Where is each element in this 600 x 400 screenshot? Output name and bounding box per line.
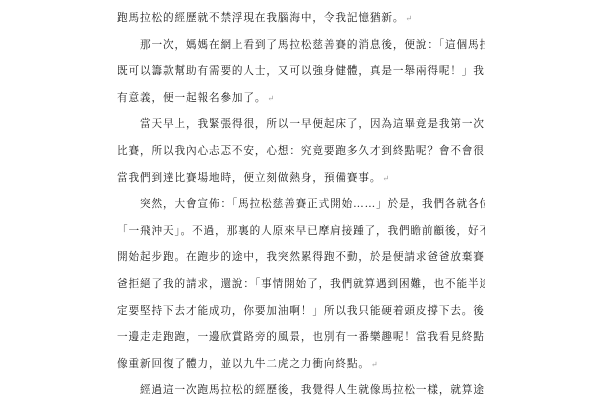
line-text: 像重新回復了體力，並以九牛二虎之力衝向終點。: [117, 358, 370, 370]
text-line-14: 像重新回復了體力，並以九牛二虎之力衝向終點。↵: [117, 351, 485, 378]
text-line-3: 既可以籌款幫助有需要的人士，又可以強身健體，真是一舉兩得呢！」我們都覺得很: [117, 58, 485, 85]
line-text: 當我們到達比賽場地時，便立刻做熱身，預備賽事。: [117, 172, 381, 184]
line-text: 當天早上，我緊張得很，所以一早便起床了，因為這畢竟是我第一次參加馬拉松: [140, 118, 485, 130]
text-line-10: 開始起步跑。在跑步的途中，我突然累得跑不動，於是便請求爸爸放棄賽事，然而爸: [117, 244, 485, 271]
line-text: 比賽，所以我內心忐忑不安，心想：究竟要跑多久才到終點呢？會不會很辛苦呢……: [117, 145, 485, 157]
text-line-4: 有意義，便一起報名參加了。↵: [117, 85, 485, 112]
line-text: 有意義，便一起報名參加了。: [117, 92, 266, 104]
line-text: 開始起步跑。在跑步的途中，我突然累得跑不動，於是便請求爸爸放棄賽事，然而爸: [117, 251, 485, 263]
text-line-15: 經過這一次跑馬拉松的經歷後，我覺得人生就像馬拉松一樣，就算途中遇到甚麼: [117, 377, 485, 400]
paragraph-mark-icon: ↵: [267, 94, 275, 103]
line-text: 爸拒絕了我的請求，還說：「事情開始了，我們就算遇到困難，也不能半途而廢，一: [117, 278, 485, 290]
line-text: 一邊走走跑跑，一邊欣賞路旁的風景，也別有一番樂趣呢！當我看見終點時，我就好: [117, 331, 485, 343]
text-line-13: 一邊走走跑跑，一邊欣賞路旁的風景，也別有一番樂趣呢！當我看見終點時，我就好: [117, 324, 485, 351]
text-line-11: 爸拒絕了我的請求，還說：「事情開始了，我們就算遇到困難，也不能半途而廢，一: [117, 271, 485, 298]
text-line-8: 突然，大會宣佈：「馬拉松慈善賽正式開始……」於是，我們各就各位，準備: [117, 191, 485, 218]
line-text: 跑馬拉松的經歷就不禁浮現在我腦海中，令我記憶猶新。: [117, 12, 404, 24]
line-text: 那一次，媽媽在網上看到了馬拉松慈善賽的消息後，便說：「這個馬拉松慈善賽: [140, 39, 485, 51]
paragraph-mark-icon: ↵: [371, 360, 379, 369]
line-text: 經過這一次跑馬拉松的經歷後，我覺得人生就像馬拉松一樣，就算途中遇到甚麼: [140, 384, 485, 396]
paragraph-mark-icon: ↵: [382, 174, 390, 183]
text-line-2: 那一次，媽媽在網上看到了馬拉松慈善賽的消息後，便說：「這個馬拉松慈善賽: [117, 32, 485, 59]
text-line-12: 定要堅持下去才能成功，你要加油啊！」所以我只能硬着頭皮撐下去。後來，我發現: [117, 298, 485, 325]
line-text: 定要堅持下去才能成功，你要加油啊！」所以我只能硬着頭皮撐下去。後來，我發現: [117, 305, 485, 317]
text-line-1: 跑馬拉松的經歷就不禁浮現在我腦海中，令我記憶猶新。↵: [117, 5, 485, 32]
text-line-7: 當我們到達比賽場地時，便立刻做熱身，預備賽事。↵: [117, 165, 485, 192]
text-line-9: 「一飛沖天」。不過，那裏的人原來早已摩肩接踵了，我們瞻前顧後，好不容易才能: [117, 218, 485, 245]
document-page: 跑馬拉松的經歷就不禁浮現在我腦海中，令我記憶猶新。↵ 那一次，媽媽在網上看到了馬…: [117, 5, 485, 400]
text-line-6: 比賽，所以我內心忐忑不安，心想：究竟要跑多久才到終點呢？會不會很辛苦呢……: [117, 138, 485, 165]
line-text: 既可以籌款幫助有需要的人士，又可以強身健體，真是一舉兩得呢！」我們都覺得很: [117, 65, 485, 77]
line-text: 「一飛沖天」。不過，那裏的人原來早已摩肩接踵了，我們瞻前顧後，好不容易才能: [117, 225, 485, 237]
text-line-5: 當天早上，我緊張得很，所以一早便起床了，因為這畢竟是我第一次參加馬拉松: [117, 111, 485, 138]
paragraph-mark-icon: ↵: [405, 14, 413, 23]
line-text: 突然，大會宣佈：「馬拉松慈善賽正式開始……」於是，我們各就各位，準備: [140, 198, 485, 210]
